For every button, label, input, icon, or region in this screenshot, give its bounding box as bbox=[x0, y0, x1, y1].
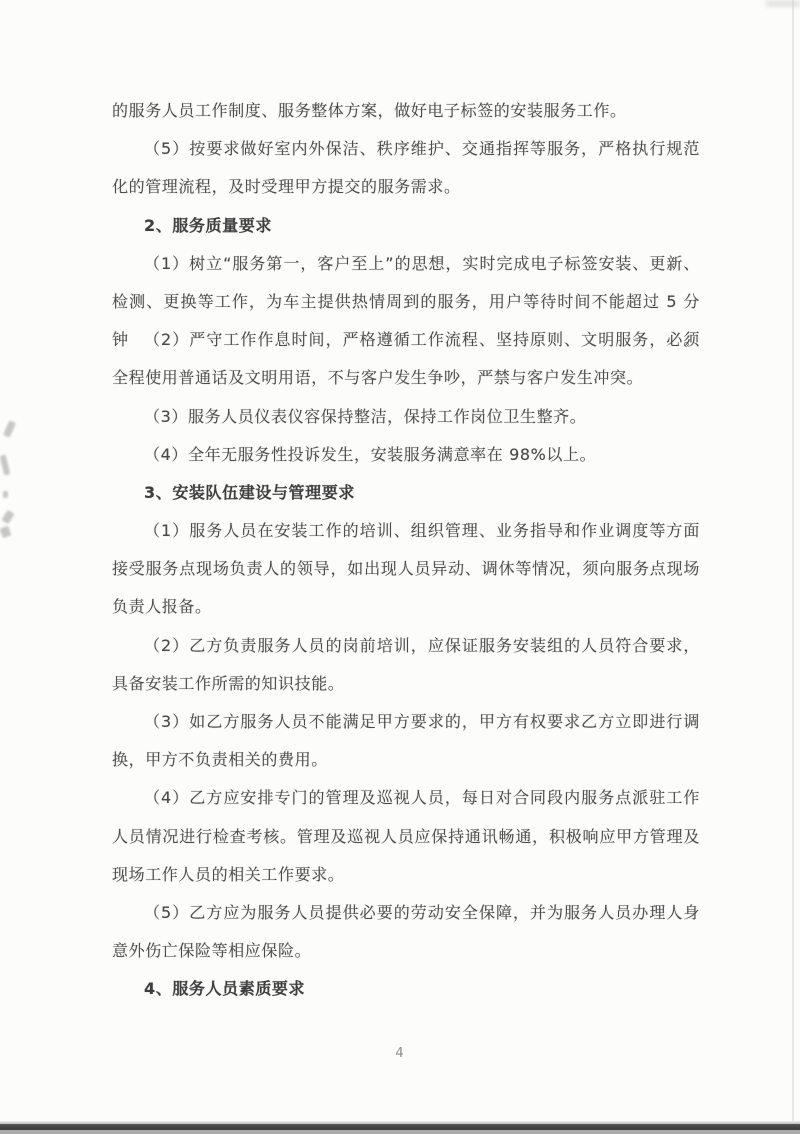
text-line: 全程使用普通话及文明用语，不与客户发生争吵，严禁与客户发生冲突。 bbox=[112, 359, 700, 397]
text-line: （5）按要求做好室内外保洁、秩序维护、交通指挥等服务，严格执行规范 bbox=[112, 130, 700, 168]
scan-edge-bottom-light bbox=[0, 1130, 800, 1134]
section-heading: 2、服务质量要求 bbox=[112, 207, 700, 245]
text-line: （1）服务人员在安装工作的培训、组织管理、业务指导和作业调度等方面 bbox=[112, 512, 700, 550]
text-line: 化的管理流程，及时受理甲方提交的服务需求。 bbox=[112, 168, 700, 206]
text-line: 现场工作人员的相关工作要求。 bbox=[112, 856, 700, 894]
text-line: （2）乙方负责服务人员的岗前培训，应保证服务安装组的人员符合要求， bbox=[112, 627, 700, 665]
scan-edge-right bbox=[792, 0, 794, 1134]
page-number: 4 bbox=[0, 1046, 800, 1061]
text-line: （5）乙方应为服务人员提供必要的劳动安全保障，并为服务人员办理人身 bbox=[112, 894, 700, 932]
section-heading: 4、服务人员素质要求 bbox=[112, 970, 700, 1008]
document-body: 的服务人员工作制度、服务整体方案，做好电子标签的安装服务工作。（5）按要求做好室… bbox=[112, 92, 700, 1009]
text-line: 负责人报备。 bbox=[112, 588, 700, 626]
text-line: 换，甲方不负责相关的费用。 bbox=[112, 741, 700, 779]
text-line: （1）树立“服务第一，客户至上”的思想，实时完成电子标签安装、更新、 bbox=[112, 245, 700, 283]
text-line: （2）严守工作作息时间，严格遵循工作流程、坚持原则、文明服务，必须 bbox=[112, 321, 700, 359]
scanned-document-page: { "colors":{ "text":"#4a4a4a", "paper":"… bbox=[0, 0, 800, 1134]
bleedthrough-marks bbox=[0, 415, 18, 545]
text-line: （4）乙方应安排专门的管理及巡视人员，每日对合同段内服务点派驻工作 bbox=[112, 779, 700, 817]
text-line: 的服务人员工作制度、服务整体方案，做好电子标签的安装服务工作。 bbox=[112, 92, 700, 130]
text-line: 人员情况进行检查考核。管理及巡视人员应保持通讯畅通，积极响应甲方管理及 bbox=[112, 818, 700, 856]
text-line: 接受服务点现场负责人的领导，如出现人员异动、调休等情况，须向服务点现场 bbox=[112, 550, 700, 588]
text-line: （3）服务人员仪表仪容保持整洁，保持工作岗位卫生整齐。 bbox=[112, 398, 700, 436]
scan-corner-smudge bbox=[766, 0, 800, 7]
text-line: （3）如乙方服务人员不能满足甲方要求的，甲方有权要求乙方立即进行调 bbox=[112, 703, 700, 741]
text-line: 意外伤亡保险等相应保险。 bbox=[112, 932, 700, 970]
text-line: 具备安装工作所需的知识技能。 bbox=[112, 665, 700, 703]
text-line: 检测、更换等工作，为车主提供热情周到的服务，用户等待时间不能超过 5 分钟。 bbox=[112, 283, 700, 321]
text-line: （4）全年无服务性投诉发生，安装服务满意率在 98%以上。 bbox=[112, 436, 700, 474]
section-heading: 3、安装队伍建设与管理要求 bbox=[112, 474, 700, 512]
